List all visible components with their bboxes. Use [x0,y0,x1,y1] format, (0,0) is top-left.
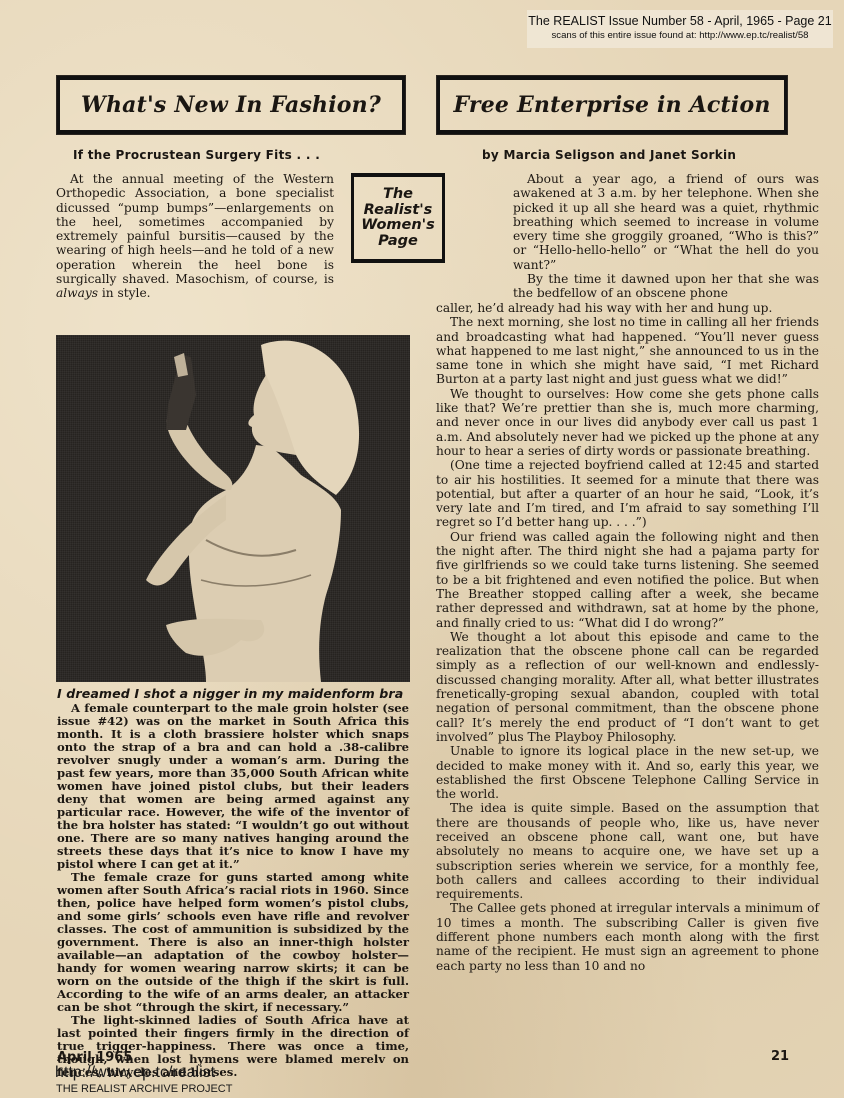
archive-header-link: scans of this entire issue found at: htt… [527,29,833,42]
right-paragraph: The idea is quite simple. Based on the a… [436,801,819,901]
archive-header: The REALIST Issue Number 58 - April, 196… [527,10,833,48]
right-paragraph: caller, he’d already had his way with he… [436,301,819,315]
illustration [56,335,410,682]
intro-text: At the annual meeting of the Western Ort… [56,172,334,286]
box-line-4: Page [361,234,435,250]
intro-emphasis: always [56,286,98,300]
right-paragraph: The Callee gets phoned at irregular inte… [436,901,819,972]
archive-header-title: The REALIST Issue Number 58 - April, 196… [527,14,833,29]
right-paragraph: Our friend was called again the followin… [436,530,819,630]
left-intro: At the annual meeting of the Western Ort… [56,172,334,301]
right-paragraph: About a year ago, a friend of ours was a… [513,172,819,272]
left-banner: What's New In Fashion? [57,76,405,134]
right-paragraph: The next morning, she lost no time in ca… [436,315,819,386]
woman-with-revolver-illustration [56,335,410,682]
right-paragraph: Unable to ignore its logical place in th… [436,744,819,801]
right-paragraph: We thought to ourselves: How come she ge… [436,387,819,458]
left-paragraph: A female counterpart to the male groin h… [57,702,409,871]
left-paragraph: The female craze for guns started among … [57,871,409,1014]
right-column: caller, he’d already had his way with he… [436,301,819,973]
intro-tail: in style. [98,286,151,300]
footer-date: April 1965 [57,1050,132,1065]
box-line-2: Realist's [361,203,435,219]
box-line-1: The [361,187,435,203]
page-number: 21 [771,1049,789,1064]
right-paragraph: We thought a lot about this episode and … [436,630,819,744]
left-column-body: A female counterpart to the male groin h… [57,702,409,1079]
footer-project: THE REALIST ARCHIVE PROJECT [56,1083,232,1095]
left-subhead: If the Procrustean Surgery Fits . . . [73,148,320,162]
box-line-3: Women's [361,218,435,234]
byline: by Marcia Seligson and Janet Sorkin [482,148,736,162]
womens-page-box: The Realist's Women's Page [351,173,445,263]
right-banner: Free Enterprise in Action [437,76,787,134]
right-column-top: About a year ago, a friend of ours was a… [513,172,819,301]
illustration-caption: I dreamed I shot a nigger in my maidenfo… [57,686,409,701]
right-paragraph: By the time it dawned upon her that she … [513,272,819,301]
right-paragraph: (One time a rejected boyfriend called at… [436,458,819,529]
footer-url[interactable]: http://www.ep.tc/realist [55,1064,215,1082]
